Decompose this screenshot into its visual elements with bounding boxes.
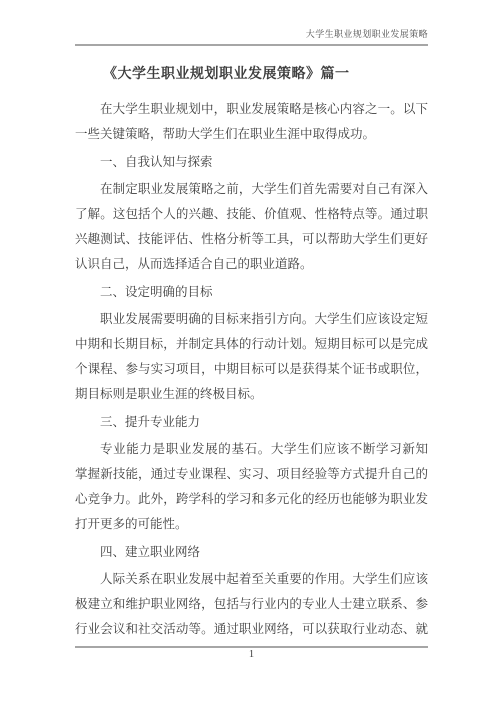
page-title: 《大学生职业规划职业发展策略》篇一 bbox=[75, 60, 428, 90]
body-line: 了解。这包括个人的兴趣、技能、价值观、性格特点等。通过职业 bbox=[75, 202, 428, 227]
body-line: 打开更多的可能性。 bbox=[75, 512, 428, 537]
body-line: 行业会议和社交活动等。通过职业网络，可以获取行业动态、就业 bbox=[75, 617, 428, 642]
body-line: 职业发展需要明确的目标来指引方向。大学生们应该设定短期、 bbox=[75, 307, 428, 332]
body-line: 在制定职业发展策略之前，大学生们首先需要对自己有深入的 bbox=[75, 177, 428, 202]
header-rule bbox=[75, 44, 428, 46]
body-line: 在大学生职业规划中，职业发展策略是核心内容之一。以下是 bbox=[75, 97, 428, 122]
body-line: 人际关系在职业发展中起着至关重要的作用。大学生们应该积 bbox=[75, 567, 428, 592]
body-line: 个课程、参与实习项目，中期目标可以是获得某个证书或职位，长 bbox=[75, 357, 428, 382]
body-line: 专业能力是职业发展的基石。大学生们应该不断学习新知识、 bbox=[75, 437, 428, 462]
body-line: 中期和长期目标，并制定具体的行动计划。短期目标可以是完成某 bbox=[75, 332, 428, 357]
content: 《大学生职业规划职业发展策略》篇一 在大学生职业规划中，职业发展策略是核心内容之… bbox=[75, 60, 428, 642]
body-line: 期目标则是职业生涯的终极目标。 bbox=[75, 382, 428, 407]
section-heading: 一、自我认知与探索 bbox=[75, 150, 428, 175]
body-line: 掌握新技能，通过专业课程、实习、项目经验等方式提升自己的核 bbox=[75, 462, 428, 487]
section-heading: 四、建立职业网络 bbox=[75, 540, 428, 565]
section-heading: 二、设定明确的目标 bbox=[75, 280, 428, 305]
document-page: 大学生职业规划职业发展策略 《大学生职业规划职业发展策略》篇一 在大学生职业规划… bbox=[0, 0, 500, 707]
running-header: 大学生职业规划职业发展策略 bbox=[306, 27, 428, 40]
page-number: 1 bbox=[75, 649, 428, 660]
body-line: 心竞争力。此外，跨学科的学习和多元化的经历也能够为职业发展 bbox=[75, 487, 428, 512]
section-heading: 三、提升专业能力 bbox=[75, 410, 428, 435]
body-line: 极建立和维护职业网络，包括与行业内的专业人士建立联系、参加 bbox=[75, 592, 428, 617]
footer-rule bbox=[75, 646, 428, 648]
body-line: 一些关键策略，帮助大学生们在职业生涯中取得成功。 bbox=[75, 122, 428, 147]
body-line: 兴趣测试、技能评估、性格分析等工具，可以帮助大学生们更好地 bbox=[75, 227, 428, 252]
body-line: 认识自己，从而选择适合自己的职业道路。 bbox=[75, 252, 428, 277]
